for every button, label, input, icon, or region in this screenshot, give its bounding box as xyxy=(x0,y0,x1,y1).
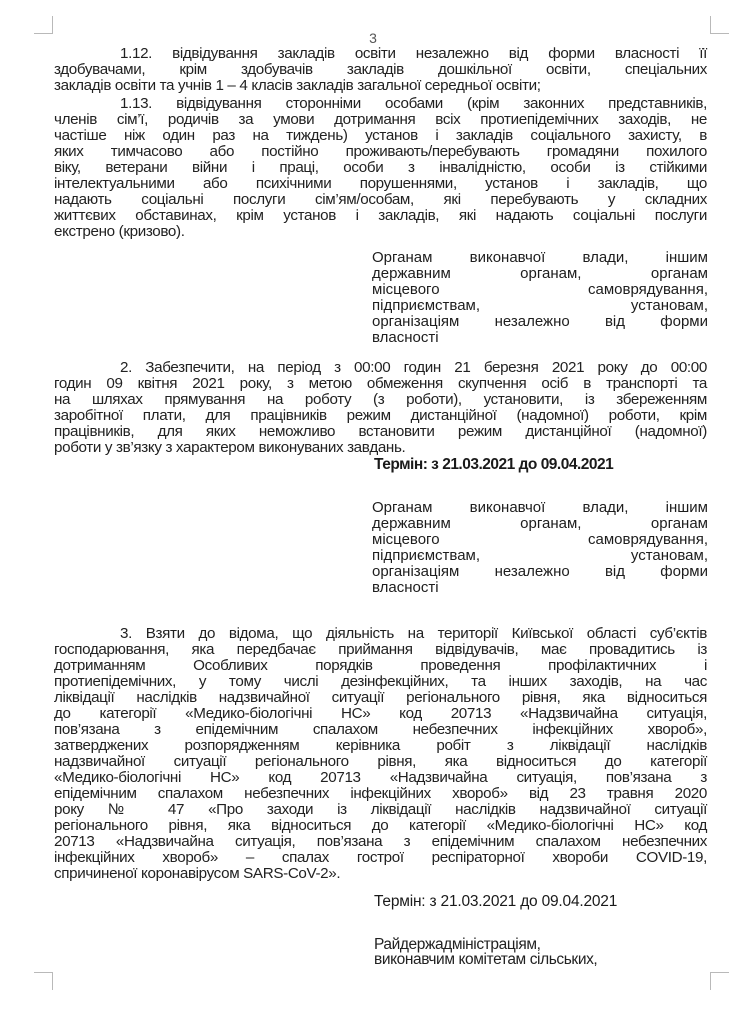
text-line: членів сім’ї, родичів за умови дотриманн… xyxy=(54,112,707,128)
crop-mark-bottom-right xyxy=(710,972,729,990)
text-line: частіше ніж один раз на тиждень) установ… xyxy=(54,128,707,144)
deadline-item-2: Термін: з 21.03.2021 до 09.04.2021 xyxy=(374,456,613,474)
text-line: місцевого самоврядування, xyxy=(372,282,708,298)
text-line: яких тимчасово або постійно проживають/п… xyxy=(54,144,707,160)
text-line: затверджених розпорядженням керівника ро… xyxy=(54,738,707,754)
text-line: державним органам, органам xyxy=(372,516,708,532)
text-line: інтелектуальними або психічними порушенн… xyxy=(54,176,707,192)
deadline-item-3: Термін: з 21.03.2021 до 09.04.2021 xyxy=(374,893,617,911)
text-line: працівників, для яких неможливо встанови… xyxy=(54,424,707,440)
text-line: надзвичайної ситуації регіонального рівн… xyxy=(54,754,707,770)
text-line: місцевого самоврядування, xyxy=(372,532,708,548)
text-line: 3. Взяти до відома, що діяльність на тер… xyxy=(54,626,707,642)
text-line: підприємствам, установам, xyxy=(372,298,708,314)
addressee-block-3: Райдержадміністраціям,виконавчим комітет… xyxy=(374,937,714,967)
text-line: спричиненої коронавірусом SARS-CoV-2». xyxy=(54,866,707,882)
text-line: протиепідемічних, у тому числі дезінфекц… xyxy=(54,674,707,690)
text-line: до категорії «Медико-біологічні НС» код … xyxy=(54,706,707,722)
text-line: господарювання, яка передбачає приймання… xyxy=(54,642,707,658)
text-line: 1.13. відвідування сторонніми особами (к… xyxy=(54,96,707,112)
text-line: годин 09 квітня 2021 року, з метою обмеж… xyxy=(54,376,707,392)
paragraph-1-13: 1.13. відвідування сторонніми особами (к… xyxy=(54,96,707,240)
text-line: віку, ветерани війни і праці, особи з ін… xyxy=(54,160,707,176)
text-line: епідемічним спалахом небезпечних інфекці… xyxy=(54,786,707,802)
text-line: регіонального рівня, яка відноситься до … xyxy=(54,818,707,834)
text-line: Органам виконавчої влади, іншим xyxy=(372,500,708,516)
text-line: року № 47 «Про заходи із ліквідації насл… xyxy=(54,802,707,818)
addressee-block-1: Органам виконавчої влади, іншимдержавним… xyxy=(372,250,708,346)
text-line: власності xyxy=(372,330,708,346)
text-line: на шляхах прямування на роботу (з роботи… xyxy=(54,392,707,408)
text-line: надають соціальні послуги сім’ям/особам,… xyxy=(54,192,707,208)
text-line: Органам виконавчої влади, іншим xyxy=(372,250,708,266)
text-line: 2. Забезпечити, на період з 00:00 годин … xyxy=(54,360,707,376)
paragraph-3: 3. Взяти до відома, що діяльність на тер… xyxy=(54,626,707,882)
text-line: ліквідації наслідків надзвичайної ситуац… xyxy=(54,690,707,706)
text-line: виконавчим комітетам сільських, xyxy=(374,952,714,967)
addressee-block-2: Органам виконавчої влади, іншимдержавним… xyxy=(372,500,708,596)
text-line: дотриманням Особливих порядків проведенн… xyxy=(54,658,707,674)
crop-mark-bottom-left xyxy=(34,972,53,990)
text-line: закладів освіти та учнів 1 – 4 класів за… xyxy=(54,78,707,94)
text-line: життєвих обставинах, крім установ і закл… xyxy=(54,208,707,224)
text-line: підприємствам, установам, xyxy=(372,548,708,564)
text-line: 20713 «Надзвичайна ситуація, пов’язана з… xyxy=(54,834,707,850)
text-line: заробітної плати, для працівників режим … xyxy=(54,408,707,424)
text-line: інфекційних хвороб» – спалах гострої рес… xyxy=(54,850,707,866)
text-line: «Медико-біологічні НС» код 20713 «Надзви… xyxy=(54,770,707,786)
text-line: власності xyxy=(372,580,708,596)
text-line: здобувачами, крім здобувачів закладів до… xyxy=(54,62,707,78)
text-line: державним органам, органам xyxy=(372,266,708,282)
paragraph-2: 2. Забезпечити, на період з 00:00 годин … xyxy=(54,360,707,456)
page-number: 3 xyxy=(0,30,746,46)
text-line: 1.12. відвідування закладів освіти незал… xyxy=(54,46,707,62)
text-line: Райдержадміністраціям, xyxy=(374,937,714,952)
text-line: організаціям незалежно від форми xyxy=(372,564,708,580)
text-line: пов’язана з епідемічним спалахом небезпе… xyxy=(54,722,707,738)
text-line: екстрено (кризово). xyxy=(54,224,707,240)
text-line: організаціям незалежно від форми xyxy=(372,314,708,330)
paragraph-1-12: 1.12. відвідування закладів освіти незал… xyxy=(54,46,707,94)
text-line: роботи у зв’язку з характером виконувани… xyxy=(54,440,707,456)
